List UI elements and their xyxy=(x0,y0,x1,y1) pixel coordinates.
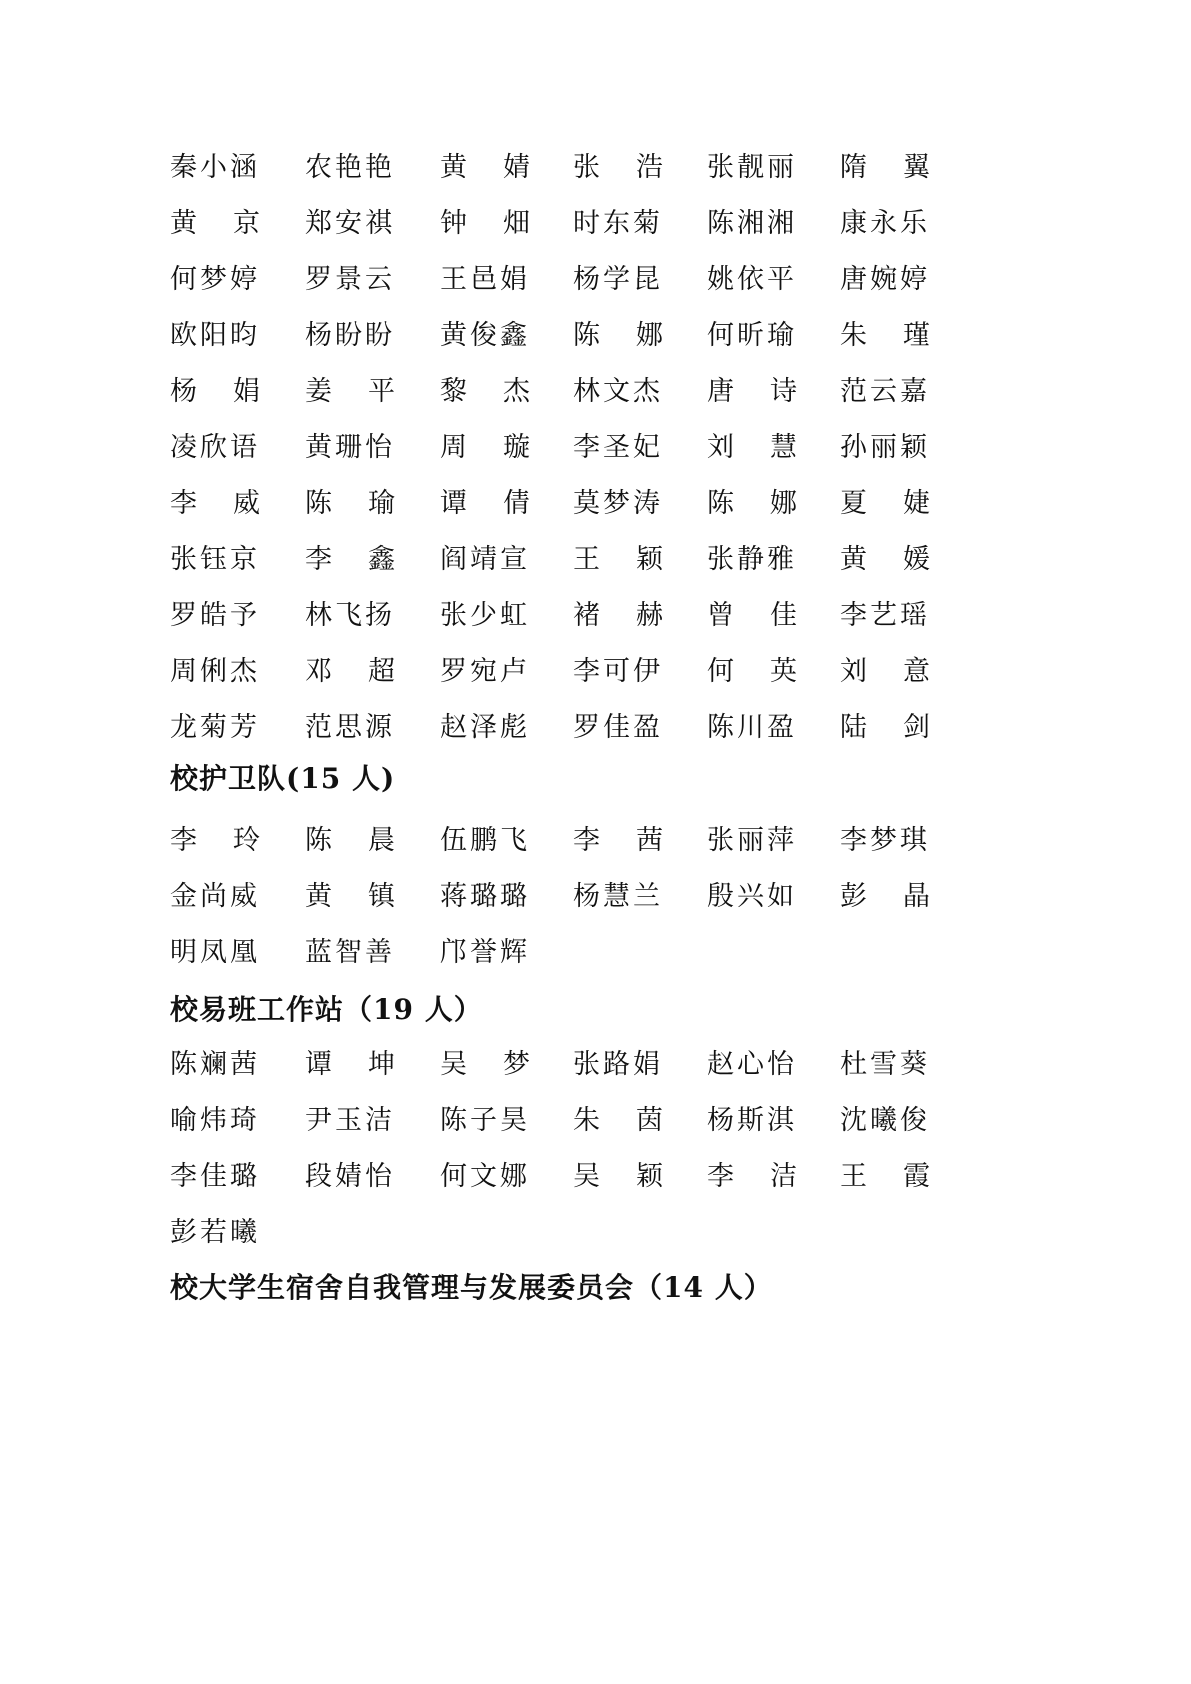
person-name: 欧阳昀 xyxy=(170,316,260,356)
person-name: 黄珊怡 xyxy=(305,428,395,468)
person-name: 张钰京 xyxy=(170,540,260,580)
name-row: 彭若曦 xyxy=(0,1213,1191,1253)
person-name: 彭若曦 xyxy=(170,1213,260,1253)
name-row: 明凤凰蓝智善邝誉辉 xyxy=(0,933,1191,973)
person-name: 郑安祺 xyxy=(305,204,395,244)
person-name: 彭晶 xyxy=(840,877,930,917)
person-name: 何英 xyxy=(707,652,797,692)
person-name: 何昕瑜 xyxy=(707,316,797,356)
person-name: 李梦琪 xyxy=(840,821,930,861)
person-name: 罗佳盈 xyxy=(573,708,663,748)
document-page: 秦小涵农艳艳黄婧张浩张靓丽隋翼黄京郑安祺钟畑时东菊陈湘湘康永乐何梦婷罗景云王邑娟… xyxy=(0,0,1191,1684)
person-name: 杨慧兰 xyxy=(573,877,663,917)
person-name: 赵心怡 xyxy=(707,1045,797,1085)
person-name: 谭倩 xyxy=(440,484,530,524)
person-name: 杨娟 xyxy=(170,372,260,412)
name-row: 喻炜琦尹玉洁陈子昊朱茵杨斯淇沈曦俊 xyxy=(0,1101,1191,1141)
person-name: 黄俊鑫 xyxy=(440,316,530,356)
person-name: 范云嘉 xyxy=(840,372,930,412)
person-name: 罗景云 xyxy=(305,260,395,300)
person-name: 黎杰 xyxy=(440,372,530,412)
person-name: 黄镇 xyxy=(305,877,395,917)
person-name: 时东菊 xyxy=(573,204,663,244)
person-name: 伍鹏飞 xyxy=(440,821,530,861)
person-name: 金尚威 xyxy=(170,877,260,917)
person-name: 杨斯淇 xyxy=(707,1101,797,1141)
name-row: 欧阳昀杨盼盼黄俊鑫陈娜何昕瑜朱瑾 xyxy=(0,316,1191,356)
person-name: 褚赫 xyxy=(573,596,663,636)
person-name: 李可伊 xyxy=(573,652,663,692)
person-name: 陆剑 xyxy=(840,708,930,748)
person-name: 王颖 xyxy=(573,540,663,580)
person-name: 何梦婷 xyxy=(170,260,260,300)
person-name: 何文娜 xyxy=(440,1157,530,1197)
person-name: 李威 xyxy=(170,484,260,524)
name-row: 何梦婷罗景云王邑娟杨学昆姚依平唐婉婷 xyxy=(0,260,1191,300)
person-name: 邓超 xyxy=(305,652,395,692)
person-name: 曾佳 xyxy=(707,596,797,636)
person-name: 沈曦俊 xyxy=(840,1101,930,1141)
name-row: 杨娟姜平黎杰林文杰唐诗范云嘉 xyxy=(0,372,1191,412)
person-name: 杨盼盼 xyxy=(305,316,395,356)
person-name: 杜雪葵 xyxy=(840,1045,930,1085)
person-name: 康永乐 xyxy=(840,204,930,244)
name-row: 陈斓茜谭坤吴梦张路娟赵心怡杜雪葵 xyxy=(0,1045,1191,1085)
person-name: 王霞 xyxy=(840,1157,930,1197)
person-name: 黄媛 xyxy=(840,540,930,580)
person-name: 黄京 xyxy=(170,204,260,244)
person-name: 林飞扬 xyxy=(305,596,395,636)
person-name: 钟畑 xyxy=(440,204,530,244)
person-name: 唐婉婷 xyxy=(840,260,930,300)
person-name: 李玲 xyxy=(170,821,260,861)
person-name: 蓝智善 xyxy=(305,933,395,973)
person-name: 陈川盈 xyxy=(707,708,797,748)
name-row: 罗皓予林飞扬张少虹褚赫曾佳李艺瑶 xyxy=(0,596,1191,636)
name-row: 张钰京李鑫阎靖宣王颖张静雅黄媛 xyxy=(0,540,1191,580)
person-name: 朱瑾 xyxy=(840,316,930,356)
person-name: 范思源 xyxy=(305,708,395,748)
name-row: 李佳璐段婧怡何文娜吴颖李洁王霞 xyxy=(0,1157,1191,1197)
person-name: 明凤凰 xyxy=(170,933,260,973)
person-name: 吴颖 xyxy=(573,1157,663,1197)
name-row: 凌欣语黄珊怡周璇李圣妃刘慧孙丽颖 xyxy=(0,428,1191,468)
person-name: 张少虹 xyxy=(440,596,530,636)
person-name: 孙丽颖 xyxy=(840,428,930,468)
person-name: 陈晨 xyxy=(305,821,395,861)
person-name: 赵泽彪 xyxy=(440,708,530,748)
person-name: 龙菊芳 xyxy=(170,708,260,748)
section-heading: 校护卫队(15 人) xyxy=(170,757,395,801)
person-name: 农艳艳 xyxy=(305,148,395,188)
person-name: 莫梦涛 xyxy=(573,484,663,524)
person-name: 林文杰 xyxy=(573,372,663,412)
person-name: 罗皓予 xyxy=(170,596,260,636)
person-name: 张靓丽 xyxy=(707,148,797,188)
person-name: 殷兴如 xyxy=(707,877,797,917)
person-name: 李佳璐 xyxy=(170,1157,260,1197)
person-name: 张丽萍 xyxy=(707,821,797,861)
person-name: 凌欣语 xyxy=(170,428,260,468)
name-row: 黄京郑安祺钟畑时东菊陈湘湘康永乐 xyxy=(0,204,1191,244)
person-name: 周璇 xyxy=(440,428,530,468)
name-row: 金尚威黄镇蒋璐璐杨慧兰殷兴如彭晶 xyxy=(0,877,1191,917)
person-name: 李圣妃 xyxy=(573,428,663,468)
person-name: 陈瑜 xyxy=(305,484,395,524)
person-name: 喻炜琦 xyxy=(170,1101,260,1141)
person-name: 刘慧 xyxy=(707,428,797,468)
person-name: 陈子昊 xyxy=(440,1101,530,1141)
name-row: 龙菊芳范思源赵泽彪罗佳盈陈川盈陆剑 xyxy=(0,708,1191,748)
person-name: 陈娜 xyxy=(707,484,797,524)
person-name: 隋翼 xyxy=(840,148,930,188)
person-name: 张静雅 xyxy=(707,540,797,580)
person-name: 秦小涵 xyxy=(170,148,260,188)
person-name: 罗宛卢 xyxy=(440,652,530,692)
person-name: 唐诗 xyxy=(707,372,797,412)
name-row: 秦小涵农艳艳黄婧张浩张靓丽隋翼 xyxy=(0,148,1191,188)
person-name: 阎靖宣 xyxy=(440,540,530,580)
person-name: 李洁 xyxy=(707,1157,797,1197)
section-heading: 校易班工作站（19 人） xyxy=(170,988,483,1032)
person-name: 陈湘湘 xyxy=(707,204,797,244)
person-name: 杨学昆 xyxy=(573,260,663,300)
person-name: 李茜 xyxy=(573,821,663,861)
person-name: 刘意 xyxy=(840,652,930,692)
person-name: 朱茵 xyxy=(573,1101,663,1141)
person-name: 陈娜 xyxy=(573,316,663,356)
person-name: 蒋璐璐 xyxy=(440,877,530,917)
name-row: 李玲陈晨伍鹏飞李茜张丽萍李梦琪 xyxy=(0,821,1191,861)
name-row: 李威陈瑜谭倩莫梦涛陈娜夏婕 xyxy=(0,484,1191,524)
person-name: 段婧怡 xyxy=(305,1157,395,1197)
name-row: 周俐杰邓超罗宛卢李可伊何英刘意 xyxy=(0,652,1191,692)
person-name: 黄婧 xyxy=(440,148,530,188)
person-name: 张路娟 xyxy=(573,1045,663,1085)
person-name: 谭坤 xyxy=(305,1045,395,1085)
person-name: 邝誉辉 xyxy=(440,933,530,973)
person-name: 陈斓茜 xyxy=(170,1045,260,1085)
person-name: 姚依平 xyxy=(707,260,797,300)
person-name: 李艺瑶 xyxy=(840,596,930,636)
person-name: 张浩 xyxy=(573,148,663,188)
person-name: 李鑫 xyxy=(305,540,395,580)
person-name: 吴梦 xyxy=(440,1045,530,1085)
person-name: 夏婕 xyxy=(840,484,930,524)
section-heading: 校大学生宿舍自我管理与发展委员会（14 人） xyxy=(170,1266,773,1310)
person-name: 周俐杰 xyxy=(170,652,260,692)
person-name: 尹玉洁 xyxy=(305,1101,395,1141)
person-name: 王邑娟 xyxy=(440,260,530,300)
person-name: 姜平 xyxy=(305,372,395,412)
